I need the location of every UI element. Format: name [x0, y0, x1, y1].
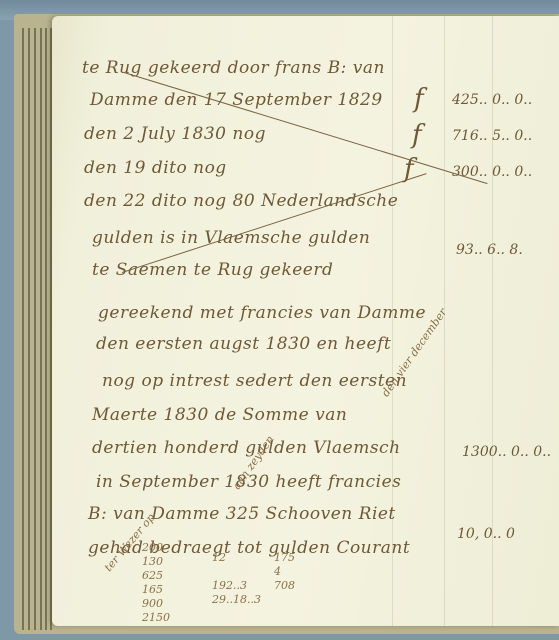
- amount: 716.. 5.. 0..: [452, 128, 532, 144]
- florin-sign: f: [412, 120, 422, 150]
- page-edge: [34, 28, 36, 630]
- amount: 1300.. 0.. 0..: [462, 444, 551, 460]
- calculation-column: 200 130 625 165 900 2150: [142, 541, 170, 625]
- calculation-column: 12 192..3 29..18..3: [212, 551, 261, 607]
- text-line: B: van Damme 325 Schooven Riet: [88, 504, 396, 524]
- text-line: Maerte 1830 de Somme van: [92, 405, 347, 425]
- text-line: den 19 dito nog: [84, 158, 227, 178]
- calculation-column: 175 4 708: [274, 551, 295, 593]
- amount: 10, 0.. 0: [457, 526, 515, 542]
- text-line: den 22 dito nog 80 Nederlandsche: [84, 191, 398, 211]
- amount: 93.. 6.. 8.: [456, 242, 523, 258]
- page-edge: [28, 28, 30, 630]
- page-edge: [40, 28, 42, 630]
- page-edge: [45, 28, 47, 630]
- manuscript-page: te Rug gekeerd door frans B: van Damme d…: [52, 16, 559, 626]
- florin-sign: f: [414, 84, 424, 114]
- amount: 425.. 0.. 0..: [452, 92, 532, 108]
- amount: 300.. 0.. 0..: [452, 164, 532, 180]
- text-line: te Rug gekeerd door frans B: van: [82, 58, 385, 78]
- text-line: den 2 July 1830 nog: [84, 124, 266, 144]
- text-line: gereekend met francies van Damme: [98, 303, 426, 323]
- strike-through-line: [122, 173, 427, 273]
- text-line: nog op intrest sedert den eersten: [102, 371, 407, 391]
- text-line: den eersten augst 1830 en heeft: [96, 334, 391, 354]
- page-edge: [22, 28, 24, 630]
- text-line: dertien honderd gulden Vlaemsch: [92, 438, 401, 458]
- text-line: gulden is in Vlaemsche gulden: [92, 228, 370, 248]
